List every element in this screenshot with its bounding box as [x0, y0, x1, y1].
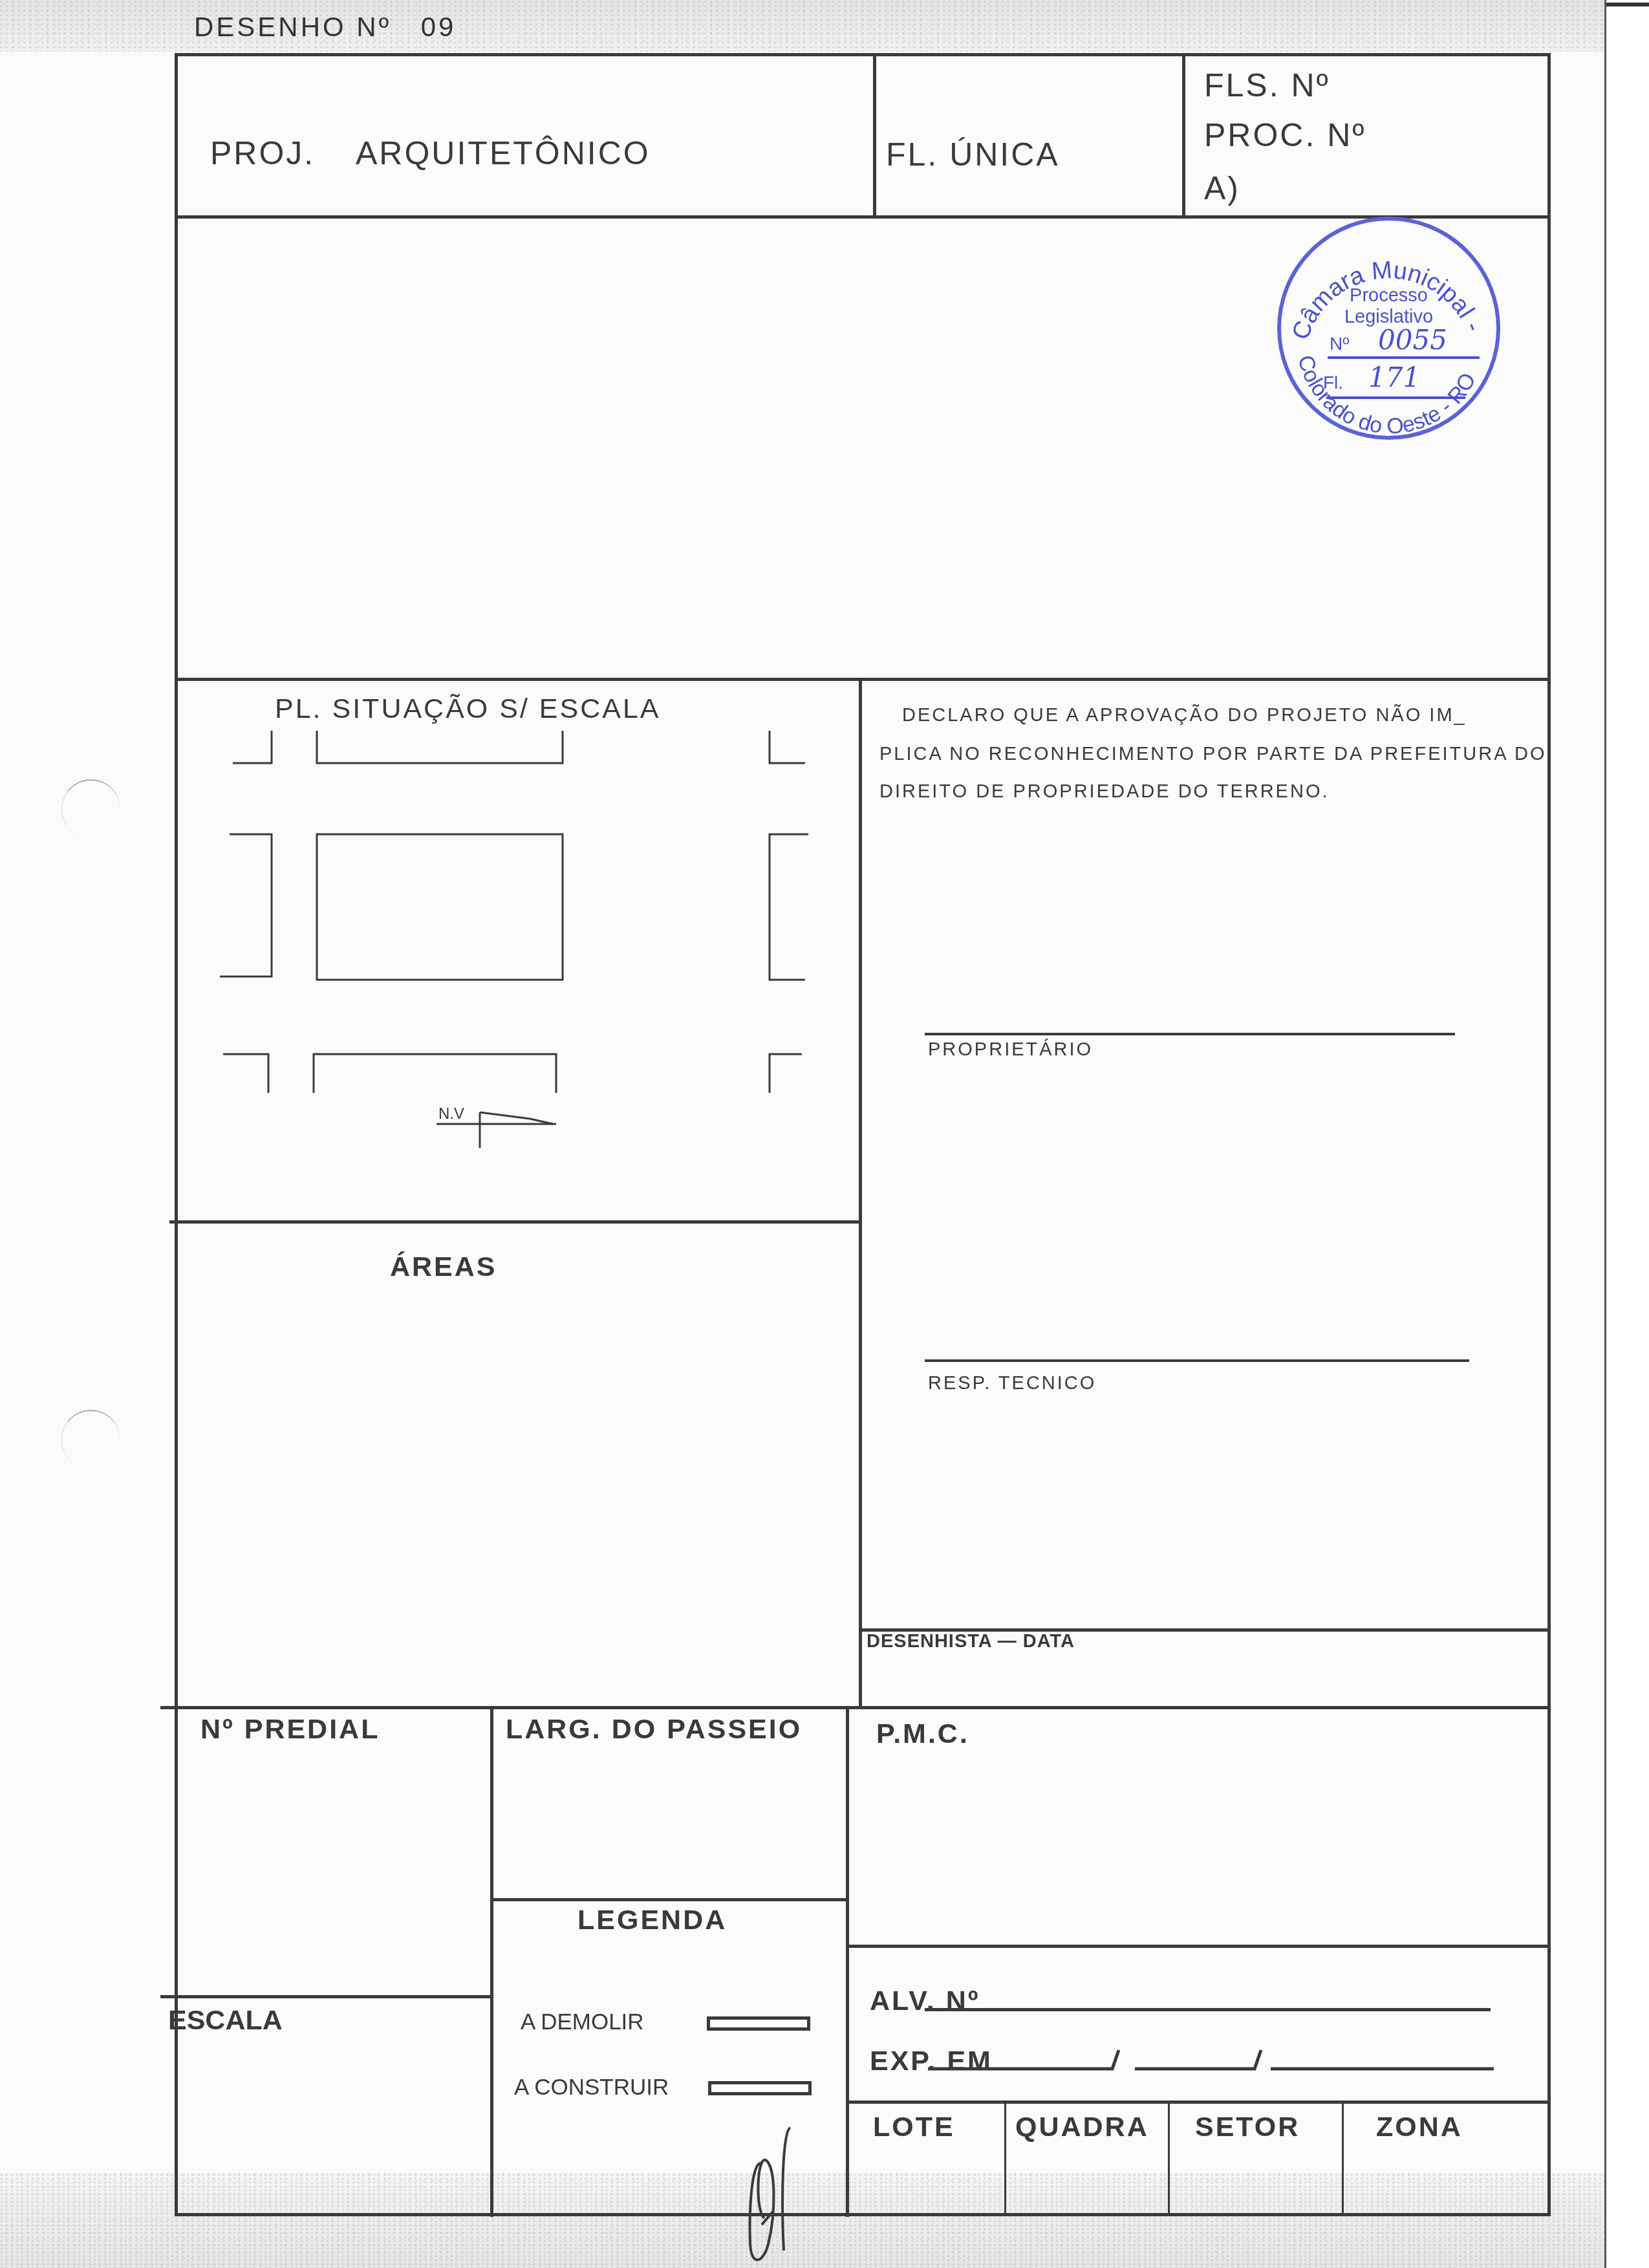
legend-demolir-label: A DEMOLIR — [521, 2009, 644, 2035]
bottom-top-divider — [160, 1706, 1551, 1709]
project-label: PROJ. — [210, 135, 315, 172]
passeio-label: LARG. DO PASSEIO — [506, 1714, 802, 1745]
site-plan-sketch: N.V — [194, 731, 854, 1183]
header-col-divider-2 — [1182, 53, 1185, 217]
stamp-page-line — [1326, 396, 1465, 399]
escala-top-divider — [160, 1995, 491, 1998]
declaration-line-1: DECLARO QUE A APROVAÇÃO DO PROJETO NÃO I… — [902, 705, 1467, 726]
tech-label: RESP. TECNICO — [928, 1373, 1096, 1394]
lot-col-lote: LOTE — [873, 2111, 955, 2143]
middle-col-divider — [859, 678, 862, 1709]
middle-top-divider — [175, 678, 1551, 681]
alvara-label: ALV. Nº — [870, 1985, 980, 2017]
alvara-top-divider — [846, 1945, 1551, 1948]
scanner-bar — [1606, 3, 1649, 6]
punch-hole-bottom — [61, 1410, 120, 1469]
areas-title: ÁREAS — [390, 1251, 497, 1283]
escala-label: ESCALA — [168, 2005, 283, 2036]
header-col-divider-1 — [873, 53, 876, 217]
municipal-stamp: Câmara Municipal - Colorado do Oeste - R… — [1277, 217, 1500, 440]
scanner-margin — [1606, 0, 1649, 2268]
stamp-page-value: 171 — [1368, 362, 1420, 393]
legend-construir-swatch — [708, 2081, 812, 2095]
drawing-number-value: 09 — [421, 12, 457, 42]
predial-label: Nº PREDIAL — [200, 1714, 380, 1745]
handwritten-initials — [711, 2121, 815, 2268]
pmc-label: P.M.C. — [876, 1718, 969, 1750]
drawing-number-label: DESENHO Nº — [194, 12, 391, 42]
legend-demolir-swatch — [707, 2016, 810, 2031]
situacao-title: PL. SITUAÇÃO S/ ESCALA — [275, 693, 661, 725]
bottom-col-divider-1 — [490, 1706, 493, 2217]
expedido-date-field[interactable] — [925, 2047, 1500, 2076]
a-label: A) — [1204, 169, 1240, 207]
bottom-col-divider-2 — [846, 1706, 849, 2217]
proc-label: PROC. Nº — [1204, 116, 1366, 154]
owner-label: PROPRIETÁRIO — [928, 1039, 1093, 1061]
drafter-label: DESENHISTA — DATA — [867, 1631, 1075, 1652]
lot-col-divider-2 — [1168, 2102, 1170, 2215]
punch-hole-top — [61, 779, 120, 839]
owner-signature-line[interactable] — [925, 1033, 1455, 1035]
alvara-number-field[interactable] — [925, 2008, 1491, 2011]
stamp-number-label: Nº — [1330, 334, 1349, 354]
lot-row-top-divider — [846, 2101, 1551, 2104]
lot-col-quadra: QUADRA — [1015, 2111, 1149, 2143]
legend-construir-label: A CONSTRUIR — [514, 2075, 669, 2101]
fls-label: FLS. Nº — [1204, 67, 1330, 104]
declaration-line-2: PLICA NO RECONHECIMENTO POR PARTE DA PRE… — [879, 744, 1546, 765]
stamp-line1: Processo — [1281, 285, 1496, 307]
lot-col-setor: SETOR — [1195, 2111, 1300, 2143]
legend-title: LEGENDA — [577, 1905, 727, 1936]
situacao-bottom-divider — [169, 1220, 861, 1224]
legend-top-divider — [490, 1898, 847, 1901]
sheet-label: FL. ÚNICA — [886, 136, 1060, 173]
stamp-page-label: Fl. — [1323, 373, 1343, 393]
lot-col-zona: ZONA — [1376, 2111, 1463, 2143]
stamp-number-value: 0055 — [1378, 324, 1447, 356]
svg-text:N.V: N.V — [438, 1105, 464, 1123]
stamp-number-line — [1328, 356, 1480, 359]
lot-col-divider-3 — [1342, 2102, 1344, 2215]
tech-signature-line[interactable] — [925, 1359, 1469, 1362]
declaration-line-3: DIREITO DE PROPRIEDADE DO TERRENO. — [879, 781, 1330, 803]
project-type: ARQUITETÔNICO — [356, 135, 651, 172]
lot-col-divider-1 — [1004, 2102, 1006, 2215]
page-edge — [1604, 0, 1606, 2268]
drawing-number: DESENHO Nº 09 — [194, 12, 456, 43]
